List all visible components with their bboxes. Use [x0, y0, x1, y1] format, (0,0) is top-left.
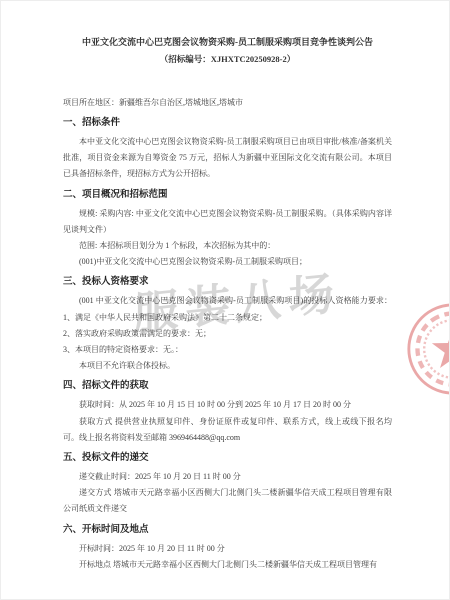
section-heading: 三、投标人资格要求	[63, 274, 392, 291]
paragraph: (001)中亚文化交流中心巴克图会议物资采购-员工制服采购项目；	[63, 254, 392, 270]
paragraph: 递交方式 塔城市天元路幸福小区西侧大门北侧门头二楼新疆华信天成工程项目管理有限公…	[63, 485, 392, 517]
paragraph: 本中亚文化交流中心巴克图会议物资采购-员工制服采购项目已由项目审批/核准/备案机…	[63, 134, 392, 183]
section-heading: 四、招标文件的获取	[63, 378, 392, 395]
paragraph: 开标时间：2025 年 10 月 20 日 11 时 00 分	[63, 541, 392, 557]
section-bidder-qualifications: 三、投标人资格要求 (001 中亚文化交流中心巴克图会议物资采购-员工制服采购项…	[63, 274, 392, 374]
section-bid-conditions: 一、招标条件 本中亚文化交流中心巴克图会议物资采购-员工制服采购项目已由项目审批…	[63, 115, 392, 183]
paragraph: 获取时间：从 2025 年 10 月 15 日 10 时 00 分到 2025 …	[63, 397, 392, 413]
section-bid-opening: 六、开标时间及地点 开标时间：2025 年 10 月 20 日 11 时 00 …	[63, 522, 392, 573]
paragraph: (001 中亚文化交流中心巴克图会议物资采购-员工制服采购项目)的投标人资格能力…	[63, 293, 392, 325]
bid-number: （招标编号：XJHXTC20250928-2）	[63, 51, 392, 68]
paragraph: 规模: 采购内容: 中亚文化交流中心巴克图会议物资采购-员工制服采购。（具体采购…	[63, 206, 392, 238]
document-body: 中亚文化交流中心巴克图会议物资采购-员工制服采购项目竞争性谈判公告 （招标编号：…	[1, 1, 449, 573]
section-heading: 二、项目概况和招标范围	[63, 187, 392, 204]
paragraph: 开标地点 塔城市天元路幸福小区西侧大门北侧门头二楼新疆华信天成工程项目管理有	[63, 557, 392, 573]
paragraph: 范围: 本招标项目划分为 1 个标段，本次招标为其中的：	[63, 238, 392, 254]
paragraph: 2、落实政府采购政策需满足的要求：无；	[63, 326, 392, 342]
paragraph: 获取方式 提供营业执照复印件、身份证原件或复印件、联系方式，线上或线下报名均可。…	[63, 414, 392, 446]
section-document-acquisition: 四、招标文件的获取 获取时间：从 2025 年 10 月 15 日 10 时 0…	[63, 378, 392, 446]
section-project-overview: 二、项目概况和招标范围 规模: 采购内容: 中亚文化交流中心巴克图会议物资采购-…	[63, 187, 392, 271]
paragraph: 本项目不允许联合体投标。	[63, 358, 392, 374]
paragraph: 递交截止时间：2025 年 10 月 20 日 11 时 00 分	[63, 469, 392, 485]
section-heading: 六、开标时间及地点	[63, 522, 392, 539]
section-bid-submission: 五、投标文件的递交 递交截止时间：2025 年 10 月 20 日 11 时 0…	[63, 450, 392, 518]
project-location: 项目所在地区：新疆维吾尔自治区,塔城地区,塔城市	[63, 95, 392, 111]
section-heading: 五、投标文件的递交	[63, 450, 392, 467]
paragraph: 3、本项目的特定资格要求：无。：	[63, 342, 392, 358]
page-title: 中亚文化交流中心巴克图会议物资采购-员工制服采购项目竞争性谈判公告	[63, 34, 392, 51]
announcement-document-page: 服装八场 中亚文化交流中心巴克图会议物资采购-员工制服采购项目竞争性谈判公告 （…	[0, 0, 450, 600]
section-heading: 一、招标条件	[63, 115, 392, 132]
